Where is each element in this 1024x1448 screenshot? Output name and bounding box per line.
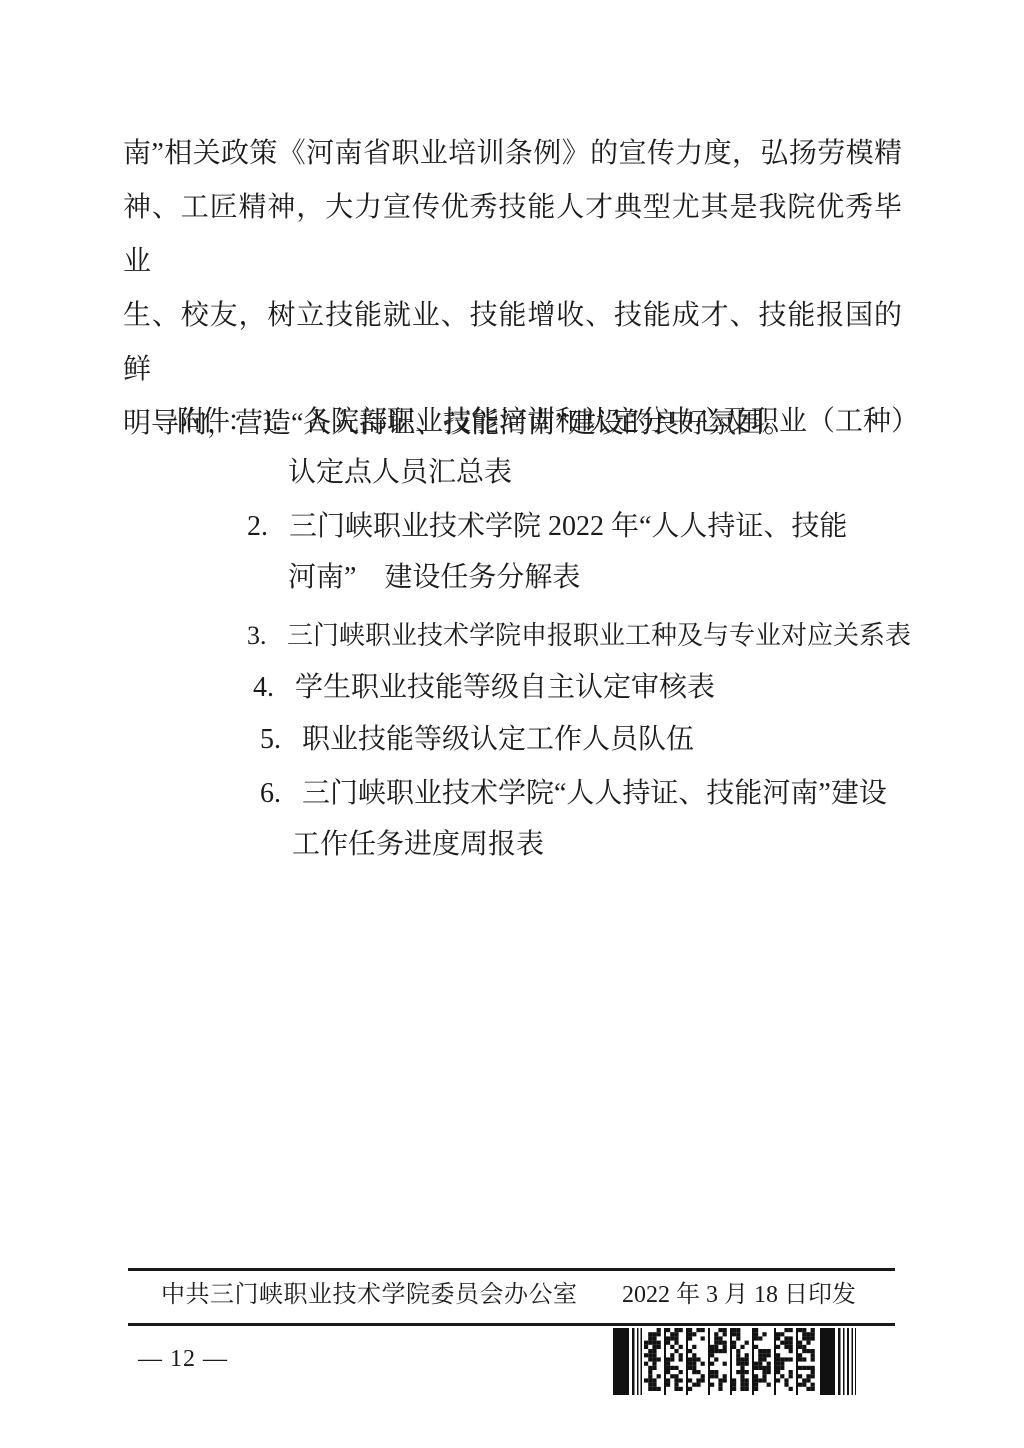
paragraph-line: 神、工匠精神，大力宣传优秀技能人才典型尤其是我院优秀毕业 [123,181,902,289]
attachment-text: 三门峡职业技术学院 2022 年“人人持证、技能 [289,511,847,542]
attachment-text: 职业技能等级认定工作人员队伍 [302,724,694,755]
footer-issuer: 中共三门峡职业技术学院委员会办公室 [161,1279,578,1311]
paragraph-line: 南”相关政策《河南省职业培训条例》的宣传力度，弘扬劳模精 [123,127,902,181]
attachment-item-2-line-2: 河南” 建设任务分解表 [288,551,580,605]
attachment-number: 1. [261,406,282,437]
attachment-number: 5. [260,724,281,755]
attachments-label: 附件： [177,406,252,437]
footer-print-date: 2022 年 3 月 18 日印发 [622,1279,856,1311]
attachment-item-1-line-1: 附件： 1. 各院部职业技能培训和认定分中心及职业（工种） [177,395,919,449]
document-page: 南”相关政策《河南省职业培训条例》的宣传力度，弘扬劳模精 神、工匠精神，大力宣传… [0,0,1024,1448]
attachment-number: 2. [247,511,268,542]
footer-top-rule [128,1268,895,1271]
attachment-number: 3. [247,621,267,650]
attachment-text: 学生职业技能等级自主认定审核表 [295,672,715,703]
attachment-item-3-line-1: 3. 三门峡职业技术学院申报职业工种及与专业对应关系表 [247,609,911,663]
attachment-text: 各院部职业技能培训和认定分中心及职业（工种） [303,406,919,437]
attachment-text: 三门峡职业技术学院申报职业工种及与专业对应关系表 [287,621,911,650]
barcode [613,1328,857,1395]
footer-bottom-rule [128,1323,895,1326]
attachment-item-6-line-2: 工作任务进度周报表 [292,818,544,872]
attachment-item-1-line-2: 认定点人员汇总表 [288,446,512,500]
attachment-item-4-line-1: 4. 学生职业技能等级自主认定审核表 [253,661,715,715]
attachment-item-6-line-1: 6. 三门峡职业技术学院“人人持证、技能河南”建设 [260,767,887,821]
attachment-item-2-line-1: 2. 三门峡职业技术学院 2022 年“人人持证、技能 [247,500,847,554]
paragraph-line: 生、校友，树立技能就业、技能增收、技能成才、技能报国的鲜 [123,289,902,397]
attachment-item-5-line-1: 5. 职业技能等级认定工作人员队伍 [260,713,694,767]
attachment-number: 4. [253,672,274,703]
attachment-text: 三门峡职业技术学院“人人持证、技能河南”建设 [302,778,887,809]
attachment-number: 6. [260,778,281,809]
page-number: — 12 — [138,1344,228,1374]
